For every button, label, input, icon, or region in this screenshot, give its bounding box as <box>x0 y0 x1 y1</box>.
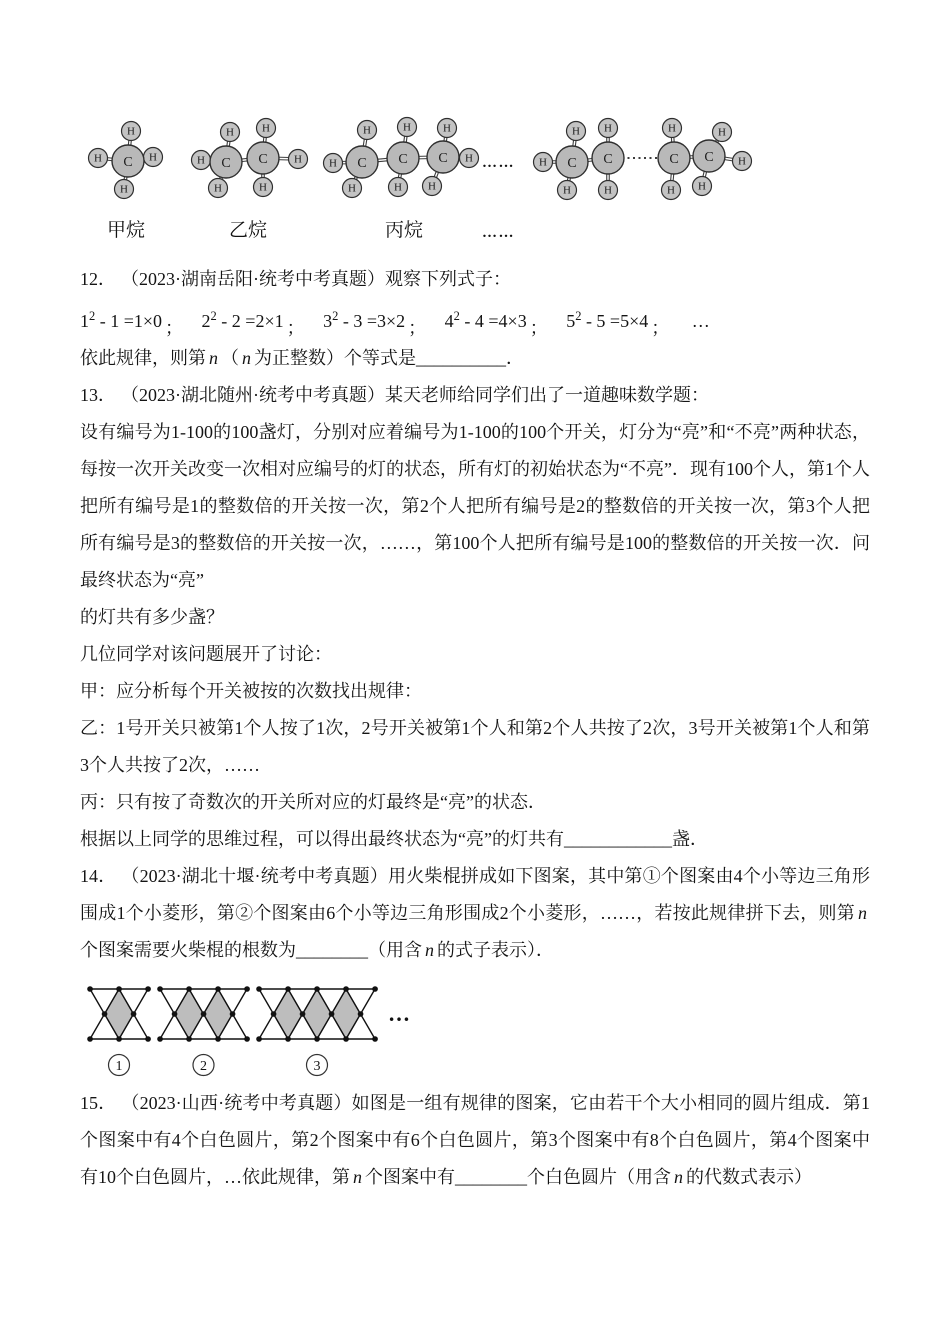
equation-5: 52 - 5 =5×4； <box>566 311 670 331</box>
svg-text:3: 3 <box>314 1059 321 1074</box>
molecule-name-methane: 甲烷 <box>107 219 145 241</box>
carbon-atom: C <box>592 142 624 174</box>
svg-text:H: H <box>262 123 270 135</box>
equations-ellipsis: … <box>692 311 710 331</box>
q12-conclusion: 依此规律，则第n（n为正整数）个等式是__________． <box>80 340 870 377</box>
q13-intro: 某天老师给同学们出了一道趣味数学题： <box>385 385 709 405</box>
hydrogen-atom: H <box>209 179 228 198</box>
equation-3: 32 - 3 =3×2； <box>323 311 427 331</box>
variable-n: n <box>350 1167 365 1187</box>
svg-text:H: H <box>698 181 706 193</box>
hydrogen-atom: H <box>89 149 108 168</box>
question-list: 12．（2023·湖南岳阳·统考中考真题）观察下列式子： 12 - 1 =1×0… <box>80 261 870 1196</box>
svg-text:H: H <box>259 182 267 194</box>
q14-body: 14．（2023·湖北十堰·统考中考真题）用火柴棍拼成如下图案，其中第①个图案由… <box>80 858 870 969</box>
svg-text:H: H <box>572 126 580 138</box>
q13-paragraph: 根据以上同学的思维过程，可以得出最终状态为“亮”的灯共有____________… <box>80 821 870 858</box>
molecule-ethane: H H H H H H C C <box>192 119 308 198</box>
variable-n: n <box>206 348 221 368</box>
q14-source: （2023·湖北十堰·统考中考真题） <box>130 866 388 886</box>
svg-text:H: H <box>120 184 128 196</box>
svg-text:H: H <box>214 183 222 195</box>
svg-text:C: C <box>603 152 612 167</box>
molecule-propane: H H H H H H H H C C C <box>324 118 479 198</box>
carbon-atom: C <box>112 145 144 177</box>
hydrogen-atom: H <box>534 153 553 172</box>
q12-number: 12． <box>80 269 116 289</box>
hydrogen-atom: H <box>558 181 577 200</box>
hydrogen-atom: H <box>358 121 377 140</box>
svg-text:C: C <box>357 156 366 171</box>
hydrogen-atom: H <box>289 150 308 169</box>
svg-text:H: H <box>363 125 371 137</box>
svg-text:H: H <box>428 181 436 193</box>
q15-source: （2023·山西·统考中考真题） <box>130 1093 351 1113</box>
hydrogen-atom: H <box>257 119 276 138</box>
svg-text:H: H <box>667 185 675 197</box>
svg-text:C: C <box>704 150 713 165</box>
svg-text:H: H <box>738 156 746 168</box>
q13-paragraph: 乙：1号开关只被第1个人按了1次，2号开关被第1个人和第2个人共按了2次，3号开… <box>80 710 870 784</box>
matchstick-figure-2 <box>160 989 247 1039</box>
hydrogen-atom: H <box>221 123 240 142</box>
hydrogen-atom: H <box>733 152 752 171</box>
carbon-atom: C <box>247 142 279 174</box>
svg-text:C: C <box>567 156 576 171</box>
hydrogen-atom: H <box>693 177 712 196</box>
carbon-atom: C <box>387 142 419 174</box>
matchstick-figure-3 <box>259 989 375 1039</box>
carbon-atom: C <box>693 140 725 172</box>
hydrogen-atom: H <box>389 178 408 197</box>
q13-source: （2023·湖北随州·统考中考真题） <box>130 385 385 405</box>
hydrogen-atom: H <box>599 181 618 200</box>
carbon-atom: C <box>346 146 378 178</box>
q13-paragraph: 几位同学对该问题展开了讨论： <box>80 636 870 673</box>
q13-paragraph: 丙：只有按了奇数次的开关所对应的灯最终是“亮”的状态． <box>80 784 870 821</box>
figure-label-2: 2 <box>193 1055 214 1076</box>
hydrogen-atom: H <box>423 177 442 196</box>
svg-text:H: H <box>197 155 205 167</box>
svg-text:H: H <box>668 123 676 135</box>
q13-paragraph: 甲：应分析每个开关被按的次数找出规律： <box>80 673 870 710</box>
hydrogen-atom: H <box>599 119 618 138</box>
q15-body: 15．（2023·山西·统考中考真题）如图是一组有规律的图案，它由若干个大小相同… <box>80 1085 870 1196</box>
q13-number: 13． <box>80 385 116 405</box>
matchstick-figure-1 <box>90 989 148 1039</box>
equation-1: 12 - 1 =1×0； <box>80 311 184 331</box>
q12-header: 12．（2023·湖南岳阳·统考中考真题）观察下列式子： <box>80 261 870 298</box>
svg-text:C: C <box>669 152 678 167</box>
matchstick-pattern-figure: … 1 2 3 <box>82 977 522 1081</box>
svg-text:H: H <box>294 154 302 166</box>
svg-text:H: H <box>718 127 726 139</box>
answer-blank: ________ <box>455 1167 527 1187</box>
hydrogen-atom: H <box>398 118 417 137</box>
q13-header: 13．（2023·湖北随州·统考中考真题）某天老师给同学们出了一道趣味数学题： <box>80 377 870 414</box>
svg-text:H: H <box>127 126 135 138</box>
answer-blank: ________ <box>296 940 368 960</box>
molecule-long-chain: H H H H H H H H H H C C C C <box>534 119 752 200</box>
figure-label-3: 3 <box>307 1055 328 1076</box>
name-row-ellipsis: …… <box>482 225 515 241</box>
carbon-atom: C <box>658 142 690 174</box>
variable-n: n <box>671 1167 686 1187</box>
q12-equations: 12 - 1 =1×0； 22 - 2 =2×1； 32 - 3 =3×2； 4… <box>80 298 870 340</box>
q13-paragraph: 的灯共有多少盏？ <box>80 599 870 636</box>
variable-n: n <box>239 348 254 368</box>
hydrogen-atom: H <box>662 181 681 200</box>
hydrogen-atom: H <box>460 149 479 168</box>
svg-text:C: C <box>438 151 447 166</box>
carbon-atom: C <box>556 146 588 178</box>
svg-text:C: C <box>258 152 267 167</box>
q12-source: （2023·湖南岳阳·统考中考真题） <box>130 269 385 289</box>
hydrogen-atom: H <box>438 119 457 138</box>
figure-ellipsis: … <box>388 1001 410 1026</box>
svg-text:C: C <box>221 156 230 171</box>
molecule-name-ethane: 乙烷 <box>229 219 267 241</box>
hydrogen-atom: H <box>567 122 586 141</box>
svg-text:H: H <box>348 183 356 195</box>
hydrogen-atom: H <box>115 180 134 199</box>
svg-text:H: H <box>403 122 411 134</box>
hydrogen-atom: H <box>122 122 141 141</box>
carbon-atom: C <box>427 141 459 173</box>
svg-text:C: C <box>123 155 132 170</box>
chain-ellipsis: …… <box>482 155 515 171</box>
figure-label-1: 1 <box>109 1055 130 1076</box>
molecule-methane: H H H H C <box>89 122 163 199</box>
variable-n: n <box>855 903 870 923</box>
document-page: H H H H C H H H H H H C C H H H H H <box>0 0 950 1344</box>
hydrogen-atom: H <box>254 178 273 197</box>
q14-number: 14． <box>80 866 116 886</box>
svg-text:H: H <box>226 127 234 139</box>
hydrogen-atom: H <box>192 151 211 170</box>
hydrogen-atom: H <box>324 154 343 173</box>
svg-text:H: H <box>329 158 337 170</box>
alkane-figure: H H H H C H H H H H H C C H H H H H <box>0 108 950 258</box>
svg-text:H: H <box>443 123 451 135</box>
equation-2: 22 - 2 =2×1； <box>202 311 306 331</box>
answer-blank: __________ <box>416 348 506 368</box>
svg-text:H: H <box>149 152 157 164</box>
variable-n: n <box>422 940 437 960</box>
svg-text:H: H <box>604 123 612 135</box>
carbon-atom: C <box>210 146 242 178</box>
q13-paragraph: 设有编号为1-100的100盏灯，分别对应着编号为1-100的100个开关，灯分… <box>80 414 870 599</box>
svg-text:1: 1 <box>116 1059 123 1074</box>
hydrogen-atom: H <box>144 148 163 167</box>
q15-number: 15． <box>80 1093 116 1113</box>
svg-text:2: 2 <box>200 1059 207 1074</box>
molecule-name-propane: 丙烷 <box>385 219 423 241</box>
svg-text:H: H <box>563 185 571 197</box>
svg-text:H: H <box>465 153 473 165</box>
hydrogen-atom: H <box>343 179 362 198</box>
hydrogen-atom: H <box>713 123 732 142</box>
equation-4: 42 - 4 =4×3； <box>445 311 549 331</box>
hydrogen-atom: H <box>663 119 682 138</box>
q12-intro: 观察下列式子： <box>385 269 511 289</box>
svg-text:H: H <box>539 157 547 169</box>
svg-text:C: C <box>398 152 407 167</box>
svg-text:H: H <box>604 185 612 197</box>
svg-text:H: H <box>94 153 102 165</box>
svg-text:H: H <box>394 182 402 194</box>
